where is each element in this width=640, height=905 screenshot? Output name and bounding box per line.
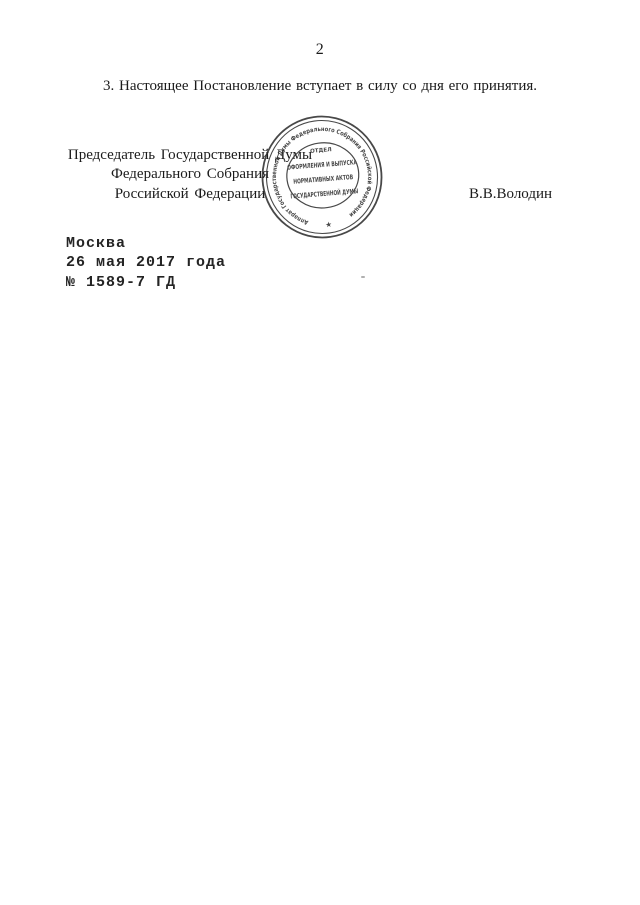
duma-stamp-seal: Аппарат Государственной Думы Федеральног… [257,112,387,242]
page-number: 2 [0,41,640,59]
document-page: 2 3. Настоящее Постановление вступает в … [0,0,640,905]
issue-place: Москва [66,234,226,253]
scan-artifact-dot [361,276,365,278]
signatory-name: В.В.Володин [469,185,552,204]
document-number: № 1589-7 ГД [66,273,226,292]
resolution-clause-3: 3. Настоящее Постановление вступает в си… [66,77,574,96]
stamp-center-line-3: НОРМАТИВНЫХ АКТОВ [293,173,353,186]
stamp-center-line-1: ОТДЕЛ [310,147,332,155]
issue-block: Москва 26 мая 2017 года № 1589-7 ГД [66,234,226,292]
issue-date: 26 мая 2017 года [66,253,226,272]
stamp-center-line-2: ОФОРМЛЕНИЯ И ВЫПУСКА [287,158,358,172]
stamp-star-icon: ★ [325,220,333,230]
